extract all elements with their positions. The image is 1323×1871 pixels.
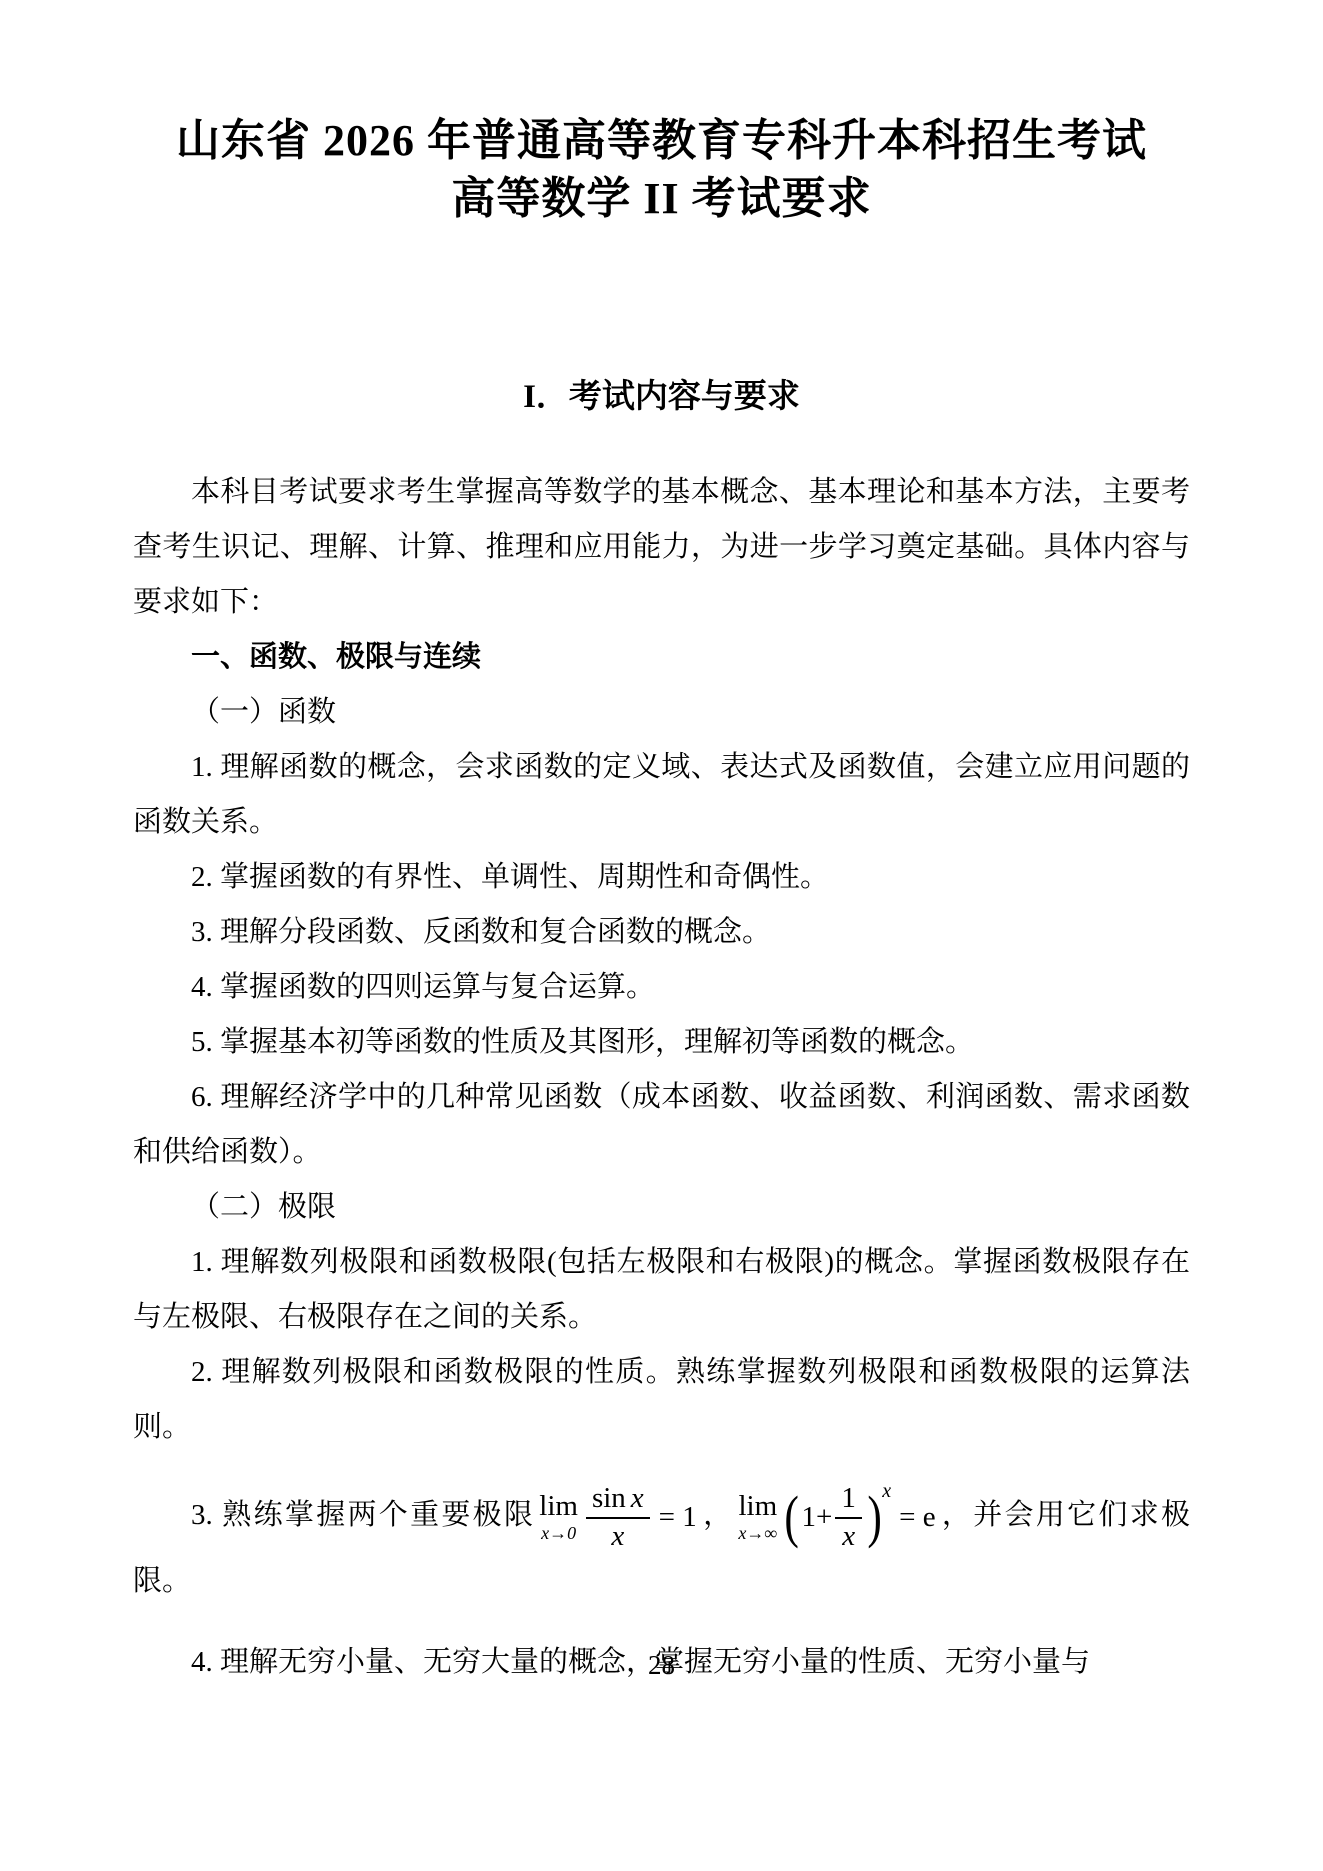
- formula-prefix: 3. 熟练掌握两个重要极限: [191, 1499, 535, 1531]
- limit-formula-sinx-over-x: limx→0sinxx= 1: [539, 1481, 697, 1554]
- subheading-function: （一）函数: [133, 685, 1190, 740]
- fraction-one-over-x: 1x: [835, 1481, 862, 1554]
- item-limit-2: 2. 理解数列极限和函数极限的性质。熟练掌握数列极限和函数极限的运算法则。: [133, 1345, 1190, 1455]
- item-limit-3-important-limits: 3. 熟练掌握两个重要极限limx→0sinxx= 1，limx→∞(1+1x)…: [133, 1481, 1190, 1609]
- title-line-1: 山东省 2026 年普通高等教育专科升本科招生考试: [133, 112, 1190, 170]
- item-function-5: 5. 掌握基本初等函数的性质及其图形，理解初等函数的概念。: [133, 1015, 1190, 1070]
- item-function-3: 3. 理解分段函数、反函数和复合函数的概念。: [133, 905, 1190, 960]
- document-body: 本科目考试要求考生掌握高等数学的基本概念、基本理论和基本方法，主要考查考生识记、…: [133, 465, 1190, 1690]
- section-heading-text: 考试内容与要求: [569, 377, 800, 414]
- document-title: 山东省 2026 年普通高等教育专科升本科招生考试 高等数学 II 考试要求: [133, 112, 1190, 228]
- limit-formula-one-plus-one-over-x: limx→∞(1+1x)x= e: [738, 1481, 935, 1554]
- item-limit-1: 1. 理解数列极限和函数极限(包括左极限和右极限)的概念。掌握函数极限存在与左极…: [133, 1235, 1190, 1345]
- outline-heading-functions-limits-continuity: 一、函数、极限与连续: [133, 630, 1190, 685]
- item-function-1: 1. 理解函数的概念，会求函数的定义域、表达式及函数值，会建立应用问题的函数关系…: [133, 740, 1190, 850]
- page-number: 28: [0, 1650, 1323, 1681]
- title-line-2: 高等数学 II 考试要求: [133, 170, 1190, 228]
- limit-operator: limx→0: [539, 1492, 578, 1542]
- section-heading-numeral: I．: [523, 379, 569, 415]
- section-heading: I．考试内容与要求: [133, 376, 1190, 417]
- limit-operator: limx→∞: [738, 1492, 777, 1542]
- one-plus: 1+: [802, 1490, 833, 1545]
- item-function-2: 2. 掌握函数的有界性、单调性、周期性和奇偶性。: [133, 850, 1190, 905]
- formula-separator: ，: [701, 1499, 735, 1531]
- fraction-sinx-x: sinxx: [586, 1481, 650, 1554]
- subheading-limit: （二）极限: [133, 1180, 1190, 1235]
- item-function-6: 6. 理解经济学中的几种常见函数（成本函数、收益函数、利润函数、需求函数和供给函…: [133, 1070, 1190, 1180]
- close-paren: ): [867, 1488, 881, 1546]
- open-paren: (: [785, 1488, 799, 1546]
- exponent: x: [882, 1464, 891, 1519]
- paragraph-intro: 本科目考试要求考生掌握高等数学的基本概念、基本理论和基本方法，主要考查考生识记、…: [133, 465, 1190, 630]
- item-function-4: 4. 掌握函数的四则运算与复合运算。: [133, 960, 1190, 1015]
- document-page: 山东省 2026 年普通高等教育专科升本科招生考试 高等数学 II 考试要求 I…: [0, 0, 1323, 1871]
